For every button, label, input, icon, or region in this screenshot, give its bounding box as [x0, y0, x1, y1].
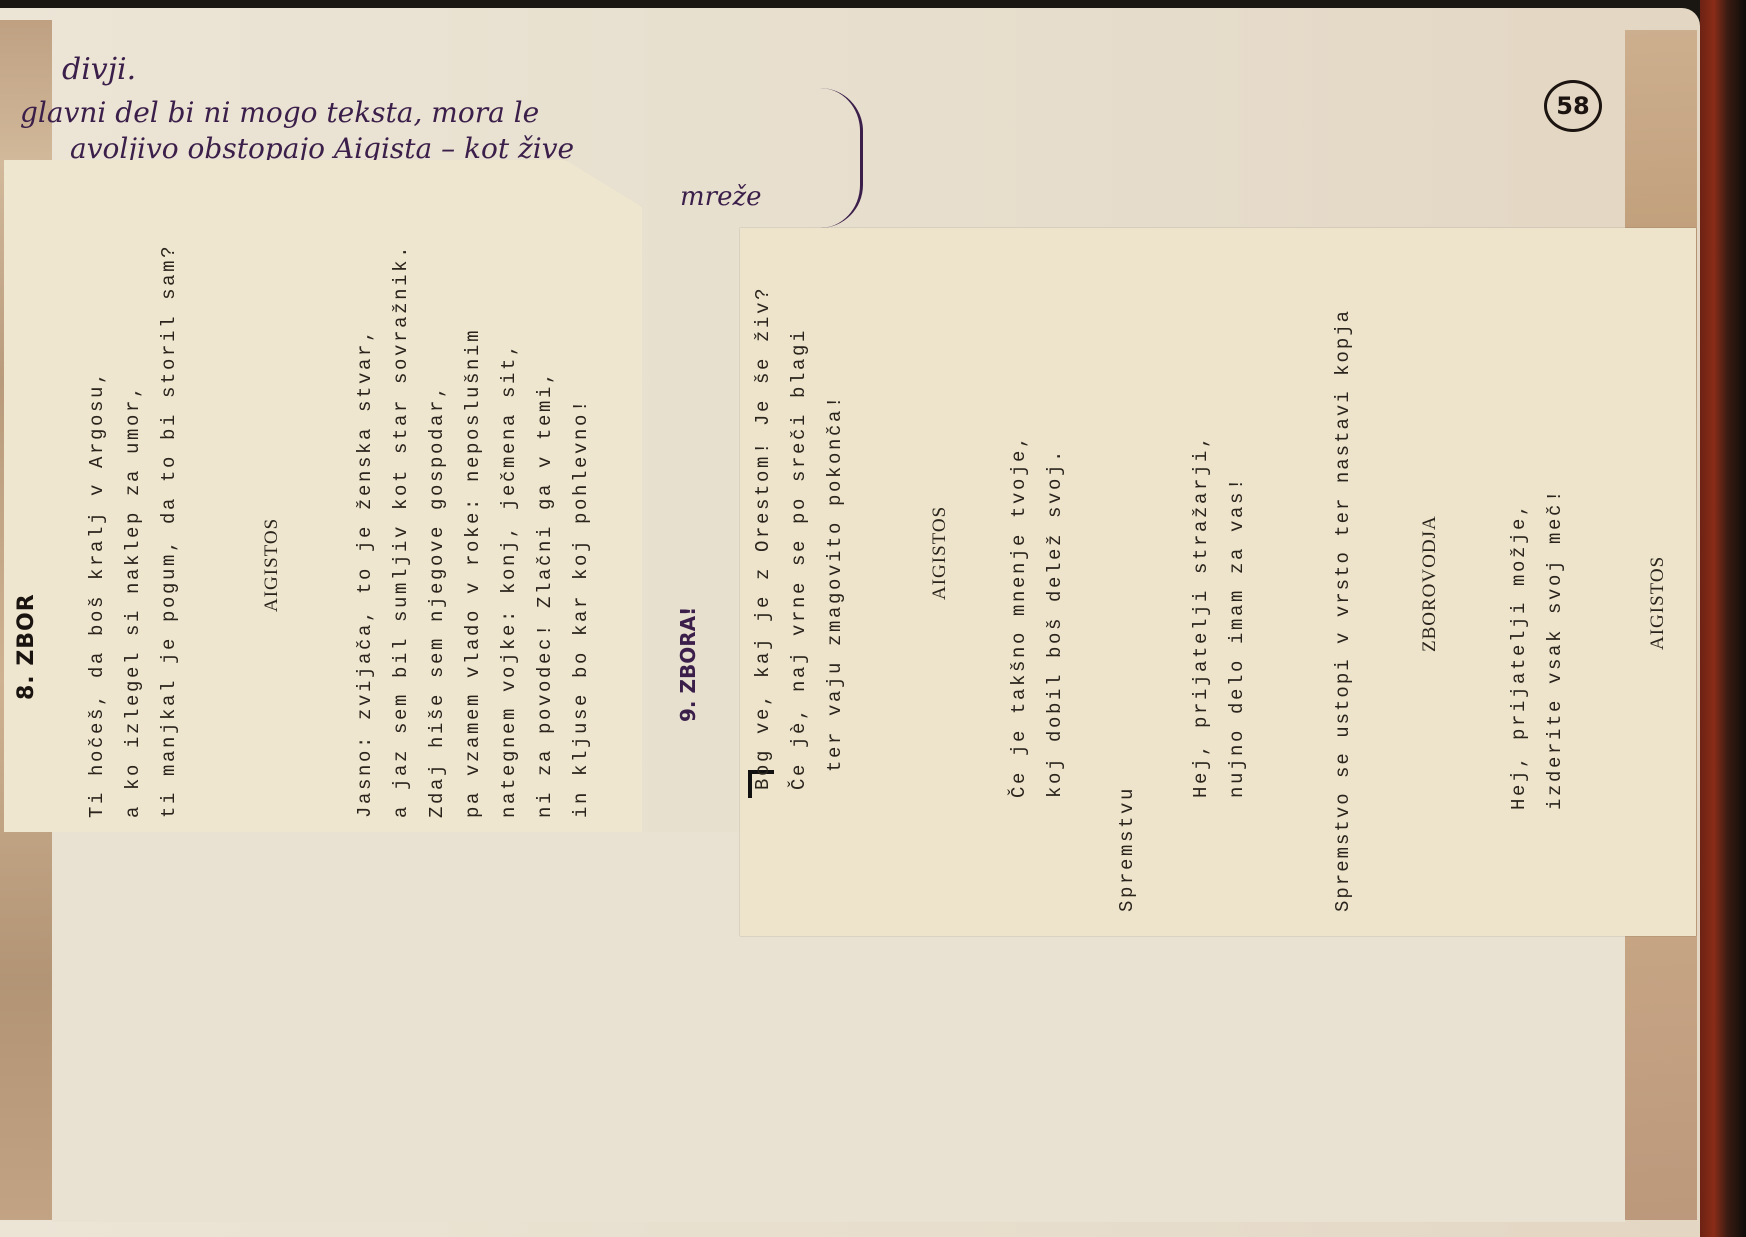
- text-line: in kljuse bo kar koj pohlevno!: [572, 398, 591, 818]
- speaker-heading: AIGISTOS: [1648, 556, 1667, 650]
- speaker-heading: AIGISTOS: [262, 518, 281, 612]
- speaker-heading: ZBOROVODJA: [1420, 515, 1439, 652]
- stage-direction: Spremstvu: [1118, 786, 1137, 912]
- text-line: ni za povodec! Zlačni ga v temi,: [536, 370, 555, 818]
- text-line: Bog ve, kaj je z Orestom! Je še živ?: [754, 286, 773, 790]
- text-line: Hej, prijatelji možje,: [1510, 502, 1529, 810]
- stage-direction: Spremstvo se ustopi v vrsto ter nastavi …: [1334, 309, 1353, 912]
- text-line: Hej, prijatelji stražarji,: [1192, 434, 1211, 798]
- handwritten-note-line-4: mreže: [680, 182, 762, 212]
- text-line: izderite vsak svoj meč!: [1546, 488, 1565, 810]
- text-line: a ko izlegel si naklep za umor,: [124, 384, 143, 818]
- text-line: pa vzamem vlado v roke: neposlušnim: [464, 328, 483, 818]
- text-line: Če je takšno mnenje tvoje,: [1010, 434, 1029, 798]
- text-line: nujno delo imam za vas!: [1228, 476, 1247, 798]
- text-line: ter vaju zmagovito pokonča!: [826, 394, 845, 772]
- text-line: Ti hočeš, da boš kralj v Argosu,: [88, 370, 107, 818]
- text-line: a jaz sem bil sumljiv kot star sovražnik…: [392, 244, 411, 818]
- text-line: Jasno: zvijača, to je ženska stvar,: [356, 328, 375, 818]
- book-edge: [1700, 0, 1746, 1237]
- text-line: koj dobil boš delež svoj.: [1046, 448, 1065, 798]
- text-line: Zdaj hiše sem njegove gospodar,: [428, 384, 447, 818]
- scene-8-label: 8. ZBOR: [14, 593, 39, 700]
- speaker-heading: AIGISTOS: [930, 506, 949, 600]
- text-line: nategnem vojke: konj, ječmena sit,: [500, 342, 519, 818]
- page-number: 58: [1556, 92, 1589, 120]
- scene-9-label: 9. ZBORA!: [676, 607, 700, 722]
- handwritten-note-line-2: glavni del bi ni mogo teksta, mora le: [20, 96, 539, 129]
- text-line: ti manjkal je pogum, da to bi storil sam…: [160, 244, 179, 818]
- handwritten-bracket: [820, 88, 863, 228]
- text-line: Če jè, naj vrne se po sreči blagi: [790, 328, 809, 790]
- handwritten-note-line-1: divji.: [62, 52, 136, 87]
- page-number-circle: 58: [1544, 80, 1602, 132]
